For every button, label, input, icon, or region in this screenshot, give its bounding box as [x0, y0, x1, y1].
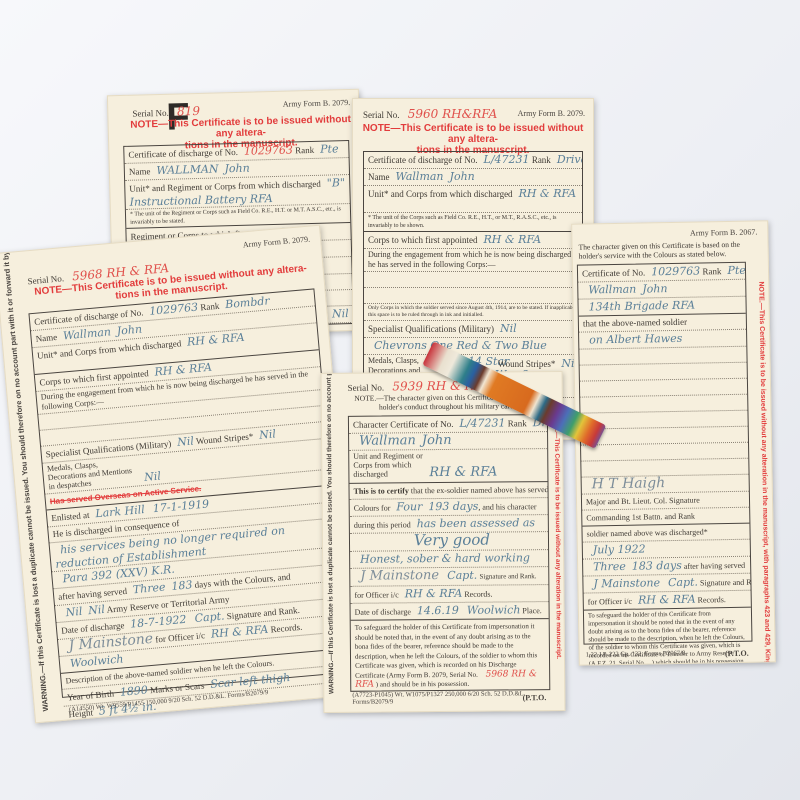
place-value: Woolwich [70, 652, 124, 670]
served-days: 183 [171, 578, 193, 593]
rank-label: Rank [702, 266, 721, 276]
rank-value: Driver [557, 153, 582, 166]
name-label: Name [35, 332, 57, 344]
character-suffix: , and his character [478, 502, 536, 512]
rank-label: Rank [200, 301, 220, 313]
unit-footnote: * The unit of the Corps such as Field Co… [368, 215, 557, 229]
cert-number: L/47231 [484, 153, 530, 166]
discharge-date-label: Date of discharge [61, 620, 125, 635]
reserve-days: Nil [88, 603, 106, 617]
date-value: 14.6.19 [417, 604, 459, 617]
medals-value: Nil [144, 469, 162, 483]
marks-label: Marks or Scars [150, 680, 205, 695]
officer-unit: RH & RFA [405, 587, 463, 601]
place-value: Woolwich [467, 603, 521, 616]
officer-label: for Officer i/c [155, 630, 205, 644]
officer-label: for Officer i/c [588, 597, 632, 607]
during-engagement: During the engagement from which he is n… [368, 250, 571, 269]
form-number: Army Form B. 2067. [690, 228, 757, 238]
cert-number: L/47231 [459, 416, 505, 429]
christian-name: John [224, 162, 250, 176]
certify-label: This is to certify [354, 486, 409, 495]
surname: Wallman [62, 325, 111, 342]
enlisted-place: Lark Hill [95, 503, 145, 520]
first-appointed-value: RH & RFA [154, 361, 212, 379]
rank-value: Bombdr [225, 294, 270, 311]
cert-label: Character Certificate of No. [353, 419, 454, 430]
signature: J Mainstone [593, 576, 660, 590]
surname: WALLMAN [156, 162, 218, 177]
records-label: Records. [464, 590, 492, 599]
rank-label: Rank [295, 145, 314, 155]
discharge-certificate-left: Army Form B. 2079. Serial No. 5968 RH & … [0, 225, 361, 724]
signature-rank: Capt. [194, 609, 225, 625]
specialist-label: Specialist Qualifications (Military) [368, 324, 494, 334]
certify-text: that the above-named soldier [583, 317, 687, 329]
cert-label: Certificate of discharge of No. [368, 155, 478, 165]
assessed-value: has been assessed as [417, 516, 535, 530]
name-label: Name [368, 172, 390, 182]
unit-label: Unit* and Regiment or Corps from which d… [129, 179, 321, 194]
pto: (P.T.O. [523, 693, 547, 702]
cert-number: 1029763 [149, 301, 199, 318]
unit-value: RH & RFA [519, 187, 577, 200]
rank-label: Rank [508, 418, 527, 428]
cert-number: 1029763 [651, 265, 700, 279]
surname: Wallman [359, 433, 416, 448]
commanding: Commanding 1st Battn. [586, 512, 662, 522]
header-note: The character given on this Certificate … [578, 240, 747, 261]
christian-name: John [422, 433, 452, 448]
served-label: after having served [58, 586, 128, 602]
records-label: Records. [270, 622, 303, 635]
rank-value: Pte [727, 264, 745, 277]
christian-name: John [642, 282, 667, 295]
colours-label: Colours for [354, 503, 391, 512]
discharged-label: soldier named above was discharged* [586, 527, 707, 538]
wound-stripes-value: Nil [332, 307, 349, 320]
surname: Wallman [396, 170, 444, 183]
form-number: Army Form B. 2079. [243, 235, 311, 250]
note-line-1: NOTE—This Certificate is to be issued wi… [359, 123, 587, 145]
officer-unit: RH & RFA [638, 593, 696, 607]
cert-number: 1029763 [244, 143, 293, 157]
remarks-value: Honest, sober & hard working [360, 551, 530, 565]
serial-label: Serial No. [348, 383, 385, 393]
enlisted-label: Enlisted at [51, 510, 90, 523]
colours-years: Four [396, 500, 422, 513]
unit-value: RH & RFA [429, 465, 497, 481]
christian-name: John [116, 323, 142, 338]
served-years: Three [132, 581, 166, 597]
signature: J Mainstone [360, 568, 439, 584]
vertical-note: NOTE.—This Certificate is to be issued w… [553, 412, 562, 662]
date-label: Date of discharge [355, 607, 411, 616]
wound-stripes-value: Nil [259, 427, 277, 441]
wound-stripes-label: Wound Stripes* [498, 359, 556, 369]
place-label: Place. [522, 606, 541, 615]
rank-label: Rank [532, 155, 551, 165]
yob-value: 1890 [119, 683, 148, 698]
officer-signature: H T Haigh [592, 475, 666, 492]
surname: Wallman [588, 283, 636, 297]
character-value: Very good [414, 532, 490, 549]
specialist-value: Nil [177, 434, 195, 448]
records-label: Records. [698, 595, 726, 604]
unit-label: Unit* and Corps from which discharged [368, 189, 513, 199]
signature-label: Signature and Rank. [479, 572, 536, 580]
first-appointed-value: RH & RFA [484, 233, 542, 246]
signature-label: Signature and Rank. [700, 577, 751, 587]
character-certificate-center: Serial No. 5939 RH & RFA NOTE.—The chara… [321, 371, 566, 713]
officer-unit: RH & RFA [210, 623, 268, 641]
wound-stripes-label: Wound Stripes* [196, 431, 254, 446]
medals-label: Medals, Clasps, Decorations and Mentions… [47, 457, 139, 492]
yob-label: Year of Birth [67, 688, 115, 702]
serial-value: 5960 RH&RFA [408, 107, 498, 121]
served-years: Three [593, 560, 626, 574]
form-number: Army Form B. 2079. [283, 98, 351, 109]
served-days: 183 days [632, 559, 682, 573]
colours-days: 193 days [428, 500, 478, 513]
signature-rank: Capt. [447, 569, 477, 582]
pto: (P.T.O. [725, 649, 749, 658]
unit-footnote: * The unit of the Regiment or Corps such… [130, 206, 341, 226]
only-corps-note: Only Corps in which the soldier served s… [368, 305, 577, 318]
period-label: during this period [354, 520, 411, 529]
reserve-years: Nil [65, 605, 83, 619]
unit-label: Unit and Regiment or Corps from which di… [353, 451, 423, 479]
certify-text: that the ex-soldier named above has serv… [411, 485, 548, 495]
safeguard-suffix: ) and should be in his possession. [376, 680, 470, 689]
serial-label: Serial No. [363, 110, 400, 120]
cert-label: Certificate of discharge of No. [128, 147, 238, 160]
serial-label: Serial No. [132, 108, 169, 119]
vertical-note: NOTE.—This Certificate is to be issued w… [757, 281, 770, 641]
rank-label-2: and Rank [664, 512, 695, 522]
chevrons-value: Chevrons One Red & Two Blue [374, 339, 547, 352]
form-number: Army Form B. 2079. [518, 109, 585, 118]
discharge-date: 18-7-1922 [130, 613, 187, 631]
discharged-date: July 1922 [593, 543, 646, 557]
enlisted-date: 17-1-1919 [152, 497, 209, 515]
signature-rank: Capt. [668, 576, 698, 590]
cert-label: Certificate of No. [582, 267, 645, 278]
specialist-value: Nil [500, 322, 517, 335]
officer-label: for Officer i/c [354, 590, 398, 599]
rank-value: Pte [320, 142, 339, 155]
character-certificate-right: Army Form B. 2067. The character given o… [571, 220, 776, 665]
served-label: after having served [684, 561, 745, 571]
first-appointed-label: Corps to which first appointed [368, 235, 478, 245]
serial-value: 819 [177, 104, 200, 119]
name-label: Name [129, 166, 151, 177]
warning-vertical: WARNING.—If this Certificate is lost a d… [326, 404, 336, 694]
certify-value: on Albert Hawes [589, 332, 682, 347]
christian-name: John [450, 170, 475, 183]
officer-title: Major and Bt. Lieut. Col. Signature [586, 496, 700, 507]
unit-value: RH & RFA [187, 331, 245, 349]
unit-value: 134th Brigade RFA [588, 299, 695, 314]
